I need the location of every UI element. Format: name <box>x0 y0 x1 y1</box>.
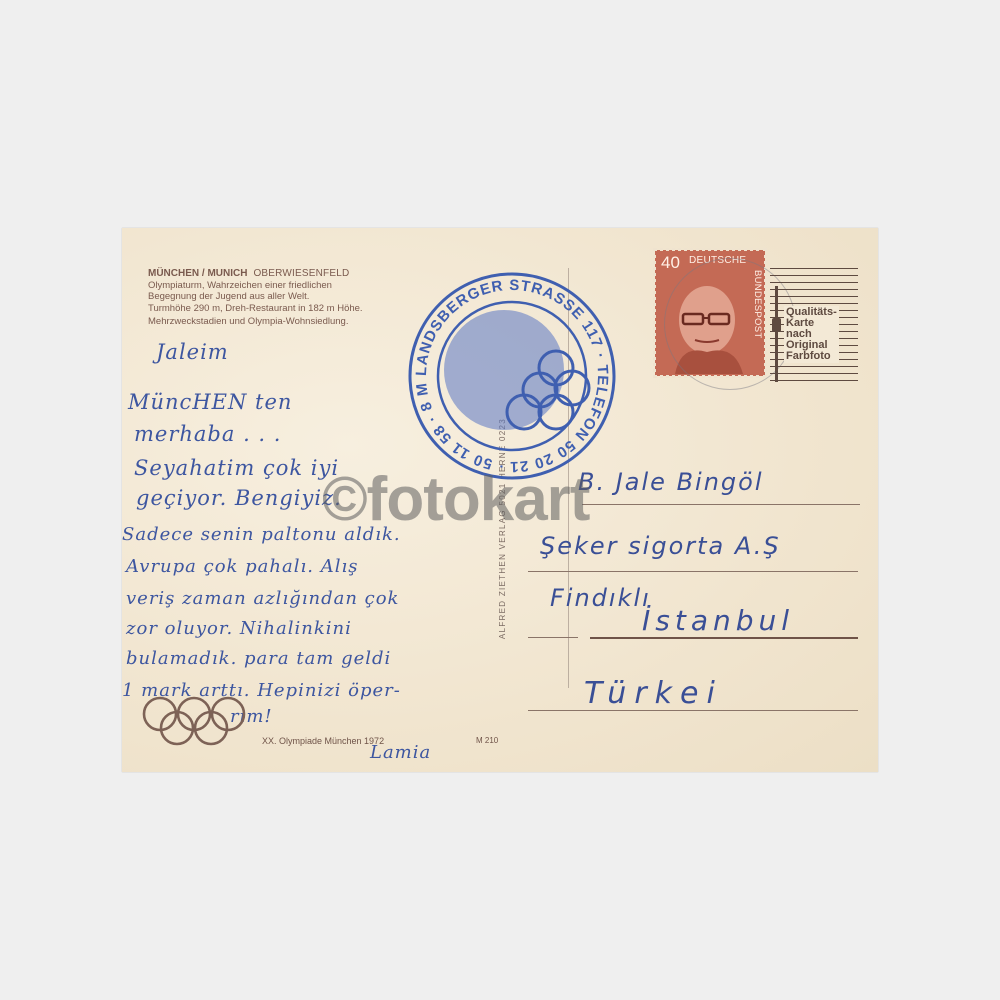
message-line: MüncHEN ten <box>128 390 292 414</box>
caption-line: Begegnung der Jugend aus aller Welt. <box>148 291 363 303</box>
printed-caption: MÜNCHEN / MUNICHOBERWIESENFELD Olympiatu… <box>148 268 363 328</box>
caption-line: Mehrzweckstadien und Olympia-Wohnsiedlun… <box>148 316 363 328</box>
address-rule <box>528 571 858 572</box>
address-company: Şeker sigorta A.Ş <box>540 532 781 560</box>
address-rule <box>582 504 860 505</box>
message-line: merhaba . . . <box>134 422 281 446</box>
message-line: Seyahatim çok iyi <box>134 456 339 480</box>
caption-heading: MÜNCHEN / MUNICHOBERWIESENFELD <box>148 268 363 280</box>
message-line: Avrupa çok pahalı. Alış <box>126 556 358 577</box>
quality-box: Qualitäts- Karte nach Original Farbfoto <box>770 268 858 382</box>
message-line: zor oluyor. Nihalinkini <box>126 618 352 639</box>
address-country: Türkei <box>584 676 723 711</box>
address-city: İstanbul <box>642 604 794 637</box>
olympic-rings-icon <box>140 694 266 748</box>
tv-tower-icon <box>775 286 778 382</box>
tv-tower-pod <box>772 318 781 332</box>
message-line: Jaleim <box>156 340 229 364</box>
quality-text: Qualitäts- Karte nach Original Farbfoto <box>784 306 839 363</box>
card-code: M 210 <box>476 736 498 745</box>
footer-event: XX. Olympiade München 1972 <box>262 736 384 746</box>
postcard: MÜNCHEN / MUNICHOBERWIESENFELD Olympiatu… <box>122 228 878 772</box>
message-line: veriş zaman azlığından çok <box>126 588 399 609</box>
message-line: bulamadık. para tam geldi <box>126 648 391 669</box>
caption-title: MÜNCHEN / MUNICH <box>148 268 247 279</box>
address-recipient: B. Jale Bingöl <box>578 468 764 496</box>
postmark-seal: LANDSBERGER STRASSE 117 · TELEFON 50 20 … <box>406 270 618 482</box>
address-rule <box>528 637 578 638</box>
message-line: geçiyor. Bengiyiz. <box>136 486 342 510</box>
caption-subtitle: OBERWIESENFELD <box>253 268 349 279</box>
stamp-value: 40 <box>661 253 680 273</box>
quality-line: Farbfoto <box>786 351 837 362</box>
watermark: ©fotokart <box>322 464 589 535</box>
caption-line: Olympiaturm, Wahrzeichen einer friedlich… <box>148 280 363 292</box>
address-rule <box>590 637 858 639</box>
address-district: Findıklı <box>550 584 651 612</box>
caption-line: Turmhöhe 290 m, Dreh-Restaurant in 182 m… <box>148 303 363 315</box>
